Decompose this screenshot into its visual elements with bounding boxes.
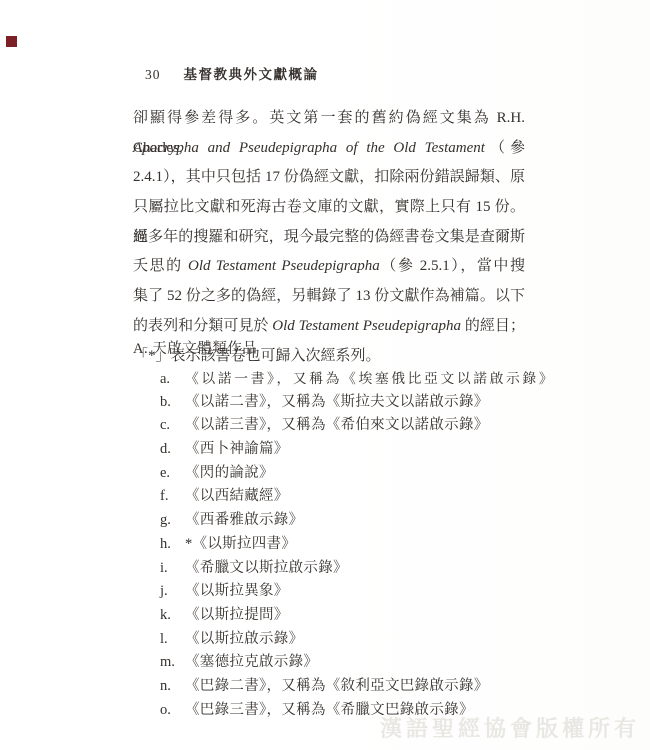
list-item-letter: d. <box>160 438 185 462</box>
list-item: f.《以西結藏經》 <box>160 485 527 509</box>
text-segment: 過多年的搜羅和研究，現今最完整的偽經書卷文集是查爾斯 <box>133 229 525 245</box>
paragraph-line: 過多年的搜羅和研究，現今最完整的偽經書卷文集是查爾斯 <box>133 223 525 253</box>
body-paragraph: 卻顯得參差得多。英文第一套的舊約偽經文集為 R.H. Charles,Apocr… <box>133 104 525 371</box>
paragraph-line: 卻顯得參差得多。英文第一套的舊約偽經文集為 R.H. Charles, <box>133 104 525 134</box>
list-item: e.《閃的論說》 <box>160 462 527 486</box>
list-item-letter: i. <box>160 557 185 581</box>
list-item-letter: c. <box>160 414 185 438</box>
text-segment: 2.4.1），其中只包括 17 份偽經文獻，扣除兩份錯誤歸類、原 <box>133 169 525 185</box>
list-item-letter: b. <box>160 391 185 415</box>
list-item: k.《以斯拉提問》 <box>160 604 527 628</box>
list-item-letter: g. <box>160 509 185 533</box>
list-item: i.《希臘文以斯拉啟示錄》 <box>160 557 527 581</box>
copyright-watermark: 漢語聖經協會版權所有 <box>380 712 640 743</box>
list-item: d.《西卜神諭篇》 <box>160 438 527 462</box>
paragraph-line: 的表列和分類可見於 Old Testament Pseudepigrapha 的… <box>133 312 525 342</box>
page-header: 30 基督教典外文獻概論 <box>145 63 319 83</box>
list-item: h.*《以斯拉四書》 <box>160 533 527 557</box>
list-item-letter: n. <box>160 675 185 699</box>
list-item-letter: m. <box>160 651 185 675</box>
list-item: j.《以斯拉異象》 <box>160 580 527 604</box>
latin-title-italic: Apocrypha and Pseudepigrapha of the Old … <box>133 140 485 156</box>
text-segment: （參 2.5.1），當中搜 <box>380 258 525 274</box>
text-segment: 集了 52 份之多的偽經，另輯錄了 13 份文獻作為補篇。以下 <box>133 288 525 304</box>
list-items: a.《以諾一書》，又稱為《埃塞俄比亞文以諾啟示錄》b.《以諾二書》，又稱為《斯拉… <box>160 367 527 722</box>
paragraph-line: 集了 52 份之多的偽經，另輯錄了 13 份文獻作為補篇。以下 <box>133 282 525 312</box>
list-item-text: 《西番雅啟示錄》 <box>185 509 303 533</box>
paragraph-line: 2.4.1），其中只包括 17 份偽經文獻，扣除兩份錯誤歸類、原 <box>133 163 525 193</box>
latin-title-italic: Old Testament Pseudepigrapha <box>272 318 461 334</box>
list-item-text: 《以斯拉提問》 <box>185 604 289 628</box>
list-item-text: 《希臘文以斯拉啟示錄》 <box>185 557 348 581</box>
page-number: 30 <box>145 67 161 83</box>
list-item-text: 《巴錄二書》，又稱為《敘利亞文巴錄啟示錄》 <box>185 675 489 699</box>
latin-title-italic: Old Testament Pseudepigrapha <box>188 258 380 274</box>
list-item: b.《以諾二書》，又稱為《斯拉夫文以諾啟示錄》 <box>160 391 527 415</box>
list-item-letter: o. <box>160 699 185 723</box>
list-item-letter: l. <box>160 628 185 652</box>
list-item-letter: j. <box>160 580 185 604</box>
red-mark <box>6 36 17 47</box>
list-item-text: 《西卜神諭篇》 <box>185 438 289 462</box>
list-item-letter: f. <box>160 485 185 509</box>
paragraph-line: 只屬拉比文獻和死海古卷文庫的文獻，實際上只有 15 份。經 <box>133 193 525 223</box>
list-item: l.《以斯拉啟示錄》 <box>160 628 527 652</box>
running-title: 基督教典外文獻概論 <box>184 63 319 83</box>
list-item: a.《以諾一書》，又稱為《埃塞俄比亞文以諾啟示錄》 <box>160 367 527 391</box>
list-item-text: 《閃的論說》 <box>185 462 274 486</box>
list-item-text: 《以諾二書》，又稱為《斯拉夫文以諾啟示錄》 <box>185 391 489 415</box>
text-segment: 夭思的 <box>133 258 188 274</box>
list-item: g.《西番雅啟示錄》 <box>160 509 527 533</box>
list-item-text: 《以斯拉啟示錄》 <box>185 628 303 652</box>
list-item: m.《塞德拉克啟示錄》 <box>160 651 527 675</box>
apocalyptic-works-list: A. 天啟文體類作品 a.《以諾一書》，又稱為《埃塞俄比亞文以諾啟示錄》b.《以… <box>133 339 527 722</box>
text-segment: 卻顯得參差得多。英文第一套的舊約偽經文集為 <box>133 110 497 126</box>
list-item-text: 《塞德拉克啟示錄》 <box>185 651 318 675</box>
text-segment: （參 <box>485 140 525 156</box>
list-item-letter: h. <box>160 533 185 557</box>
list-item-letter: k. <box>160 604 185 628</box>
paragraph-line: Apocrypha and Pseudepigrapha of the Old … <box>133 134 525 164</box>
list-item-letter: e. <box>160 462 185 486</box>
text-segment: 的表列和分類可見於 <box>133 318 272 334</box>
list-item-text: *《以斯拉四書》 <box>185 533 296 557</box>
list-item-text: 《以諾三書》，又稱為《希伯來文以諾啟示錄》 <box>185 414 489 438</box>
book-page: 30 基督教典外文獻概論 卻顯得參差得多。英文第一套的舊約偽經文集為 R.H. … <box>0 0 650 750</box>
list-item-letter: a. <box>160 368 185 392</box>
list-item: n.《巴錄二書》，又稱為《敘利亞文巴錄啟示錄》 <box>160 675 527 699</box>
list-item-text: 《以西結藏經》 <box>185 485 289 509</box>
list-item-text: 《以斯拉異象》 <box>185 580 289 604</box>
list-item-text: 《以諾一書》，又稱為《埃塞俄比亞文以諾啟示錄》 <box>185 367 555 391</box>
paragraph-line: 夭思的 Old Testament Pseudepigrapha（參 2.5.1… <box>133 252 525 282</box>
list-item: c.《以諾三書》，又稱為《希伯來文以諾啟示錄》 <box>160 414 527 438</box>
text-segment: 的經目； <box>461 318 525 334</box>
list-heading: A. 天啟文體類作品 <box>133 339 527 359</box>
